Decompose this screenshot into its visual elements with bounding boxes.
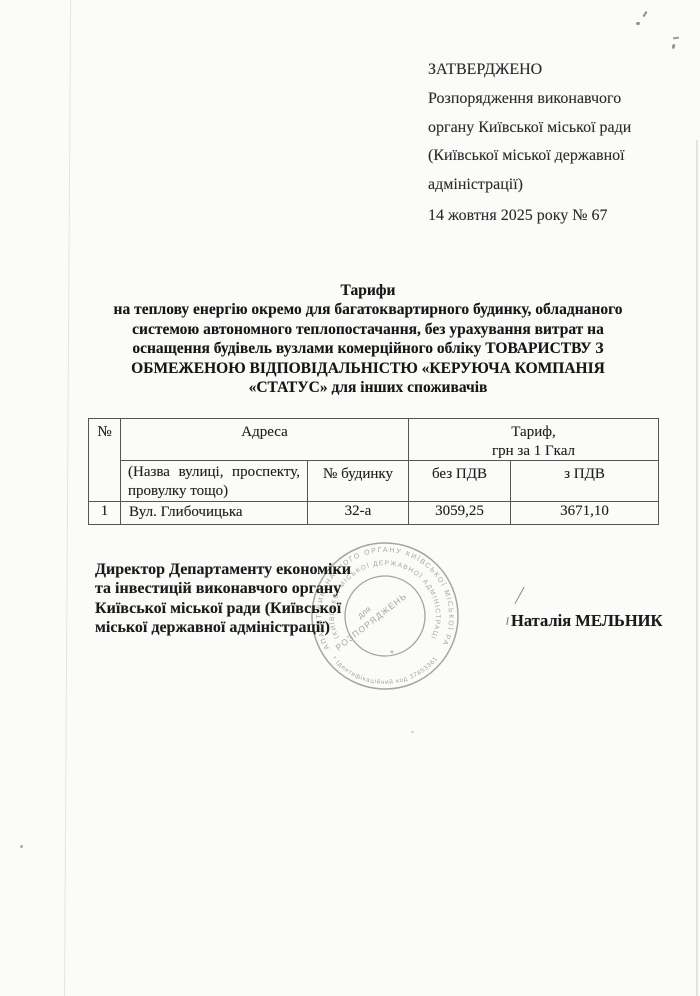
- signatory-position-line-2: та інвестицій виконавчого органу: [95, 579, 351, 598]
- signatory-position-block: Директор Департаменту економіки та інвес…: [95, 560, 351, 638]
- scan-speck: [643, 11, 648, 17]
- th-tariff-line-2: грн за 1 Гкал: [409, 442, 658, 461]
- scan-edge-shadow: [696, 140, 698, 996]
- th-tariff-line-1: Тариф,: [409, 419, 658, 442]
- document-page: ЗАТВЕРДЖЕНО Розпорядження виконавчого ор…: [0, 0, 700, 996]
- document-title: Тарифи на теплову енергію окремо для баг…: [35, 281, 700, 397]
- approval-block: ЗАТВЕРДЖЕНО Розпорядження виконавчого ор…: [428, 56, 678, 231]
- th-tariff: Тариф, грн за 1 Гкал: [409, 419, 659, 461]
- title-line-1: Тарифи: [35, 281, 700, 300]
- th-number: №: [89, 419, 121, 502]
- scan-speck: [636, 22, 640, 25]
- title-line-3: системою автономного теплопостачання, бе…: [35, 320, 700, 339]
- signatory-name: Наталія МЕЛЬНИК: [511, 611, 662, 631]
- table-row: 1 Вул. Глибочицька 32-а 3059,25 3671,10: [89, 502, 659, 525]
- scan-speck: [671, 44, 676, 50]
- scan-fold-line: [64, 0, 71, 996]
- stamp-id-code-text: * Ідентифікаційний код 37853361: [330, 655, 439, 686]
- th-with-vat: з ПДВ: [511, 461, 659, 502]
- th-house-number: № будинку: [308, 461, 409, 502]
- approval-order-line-2: органу Київської міської ради: [428, 114, 678, 143]
- cell-house: 32-а: [308, 502, 409, 525]
- title-line-2: на теплову енергію окремо для багатоквар…: [35, 300, 700, 319]
- tariff-table: № Адреса Тариф, грн за 1 Гкал (Назва вул…: [88, 418, 659, 525]
- approval-order-line-4: адміністрації): [428, 171, 678, 200]
- cell-row-number: 1: [89, 502, 121, 525]
- scan-speck: [673, 37, 679, 39]
- cell-street: Вул. Глибочицька: [121, 502, 308, 525]
- cell-tariff-with-vat: 3671,10: [511, 502, 659, 525]
- pen-tick-mark: [506, 617, 509, 625]
- svg-text:* Ідентифікаційний код 3785336: * Ідентифікаційний код 37853361: [330, 655, 439, 686]
- scan-speck: [20, 845, 23, 848]
- pen-stroke-mark: [514, 587, 524, 604]
- th-address-note: (Назва вулиці, проспекту, провулку тощо): [121, 461, 308, 502]
- th-address: Адреса: [121, 419, 409, 461]
- stamp-asterisk: *: [390, 649, 394, 660]
- signatory-position-line-1: Директор Департаменту економіки: [95, 560, 351, 579]
- signatory-position-line-3: Київської міської ради (Київської: [95, 599, 351, 618]
- signatory-position-line-4: міської державної адміністрації): [95, 618, 351, 637]
- approval-order-line-3: (Київської міської державної: [428, 142, 678, 171]
- title-line-4: оснащення будівель вузлами комерційного …: [35, 339, 700, 358]
- cell-tariff-without-vat: 3059,25: [409, 502, 511, 525]
- scan-speck: [411, 731, 414, 733]
- title-line-5: ОБМЕЖЕНОЮ ВІДПОВІДАЛЬНІСТЮ «КЕРУЮЧА КОМП…: [35, 359, 700, 378]
- approved-heading: ЗАТВЕРДЖЕНО: [428, 56, 678, 85]
- th-without-vat: без ПДВ: [409, 461, 511, 502]
- approval-date-number: 14 жовтня 2025 року № 67: [428, 202, 678, 231]
- title-line-6: «СТАТУС» для інших споживачів: [35, 378, 700, 397]
- approval-order-line-1: Розпорядження виконавчого: [428, 85, 678, 114]
